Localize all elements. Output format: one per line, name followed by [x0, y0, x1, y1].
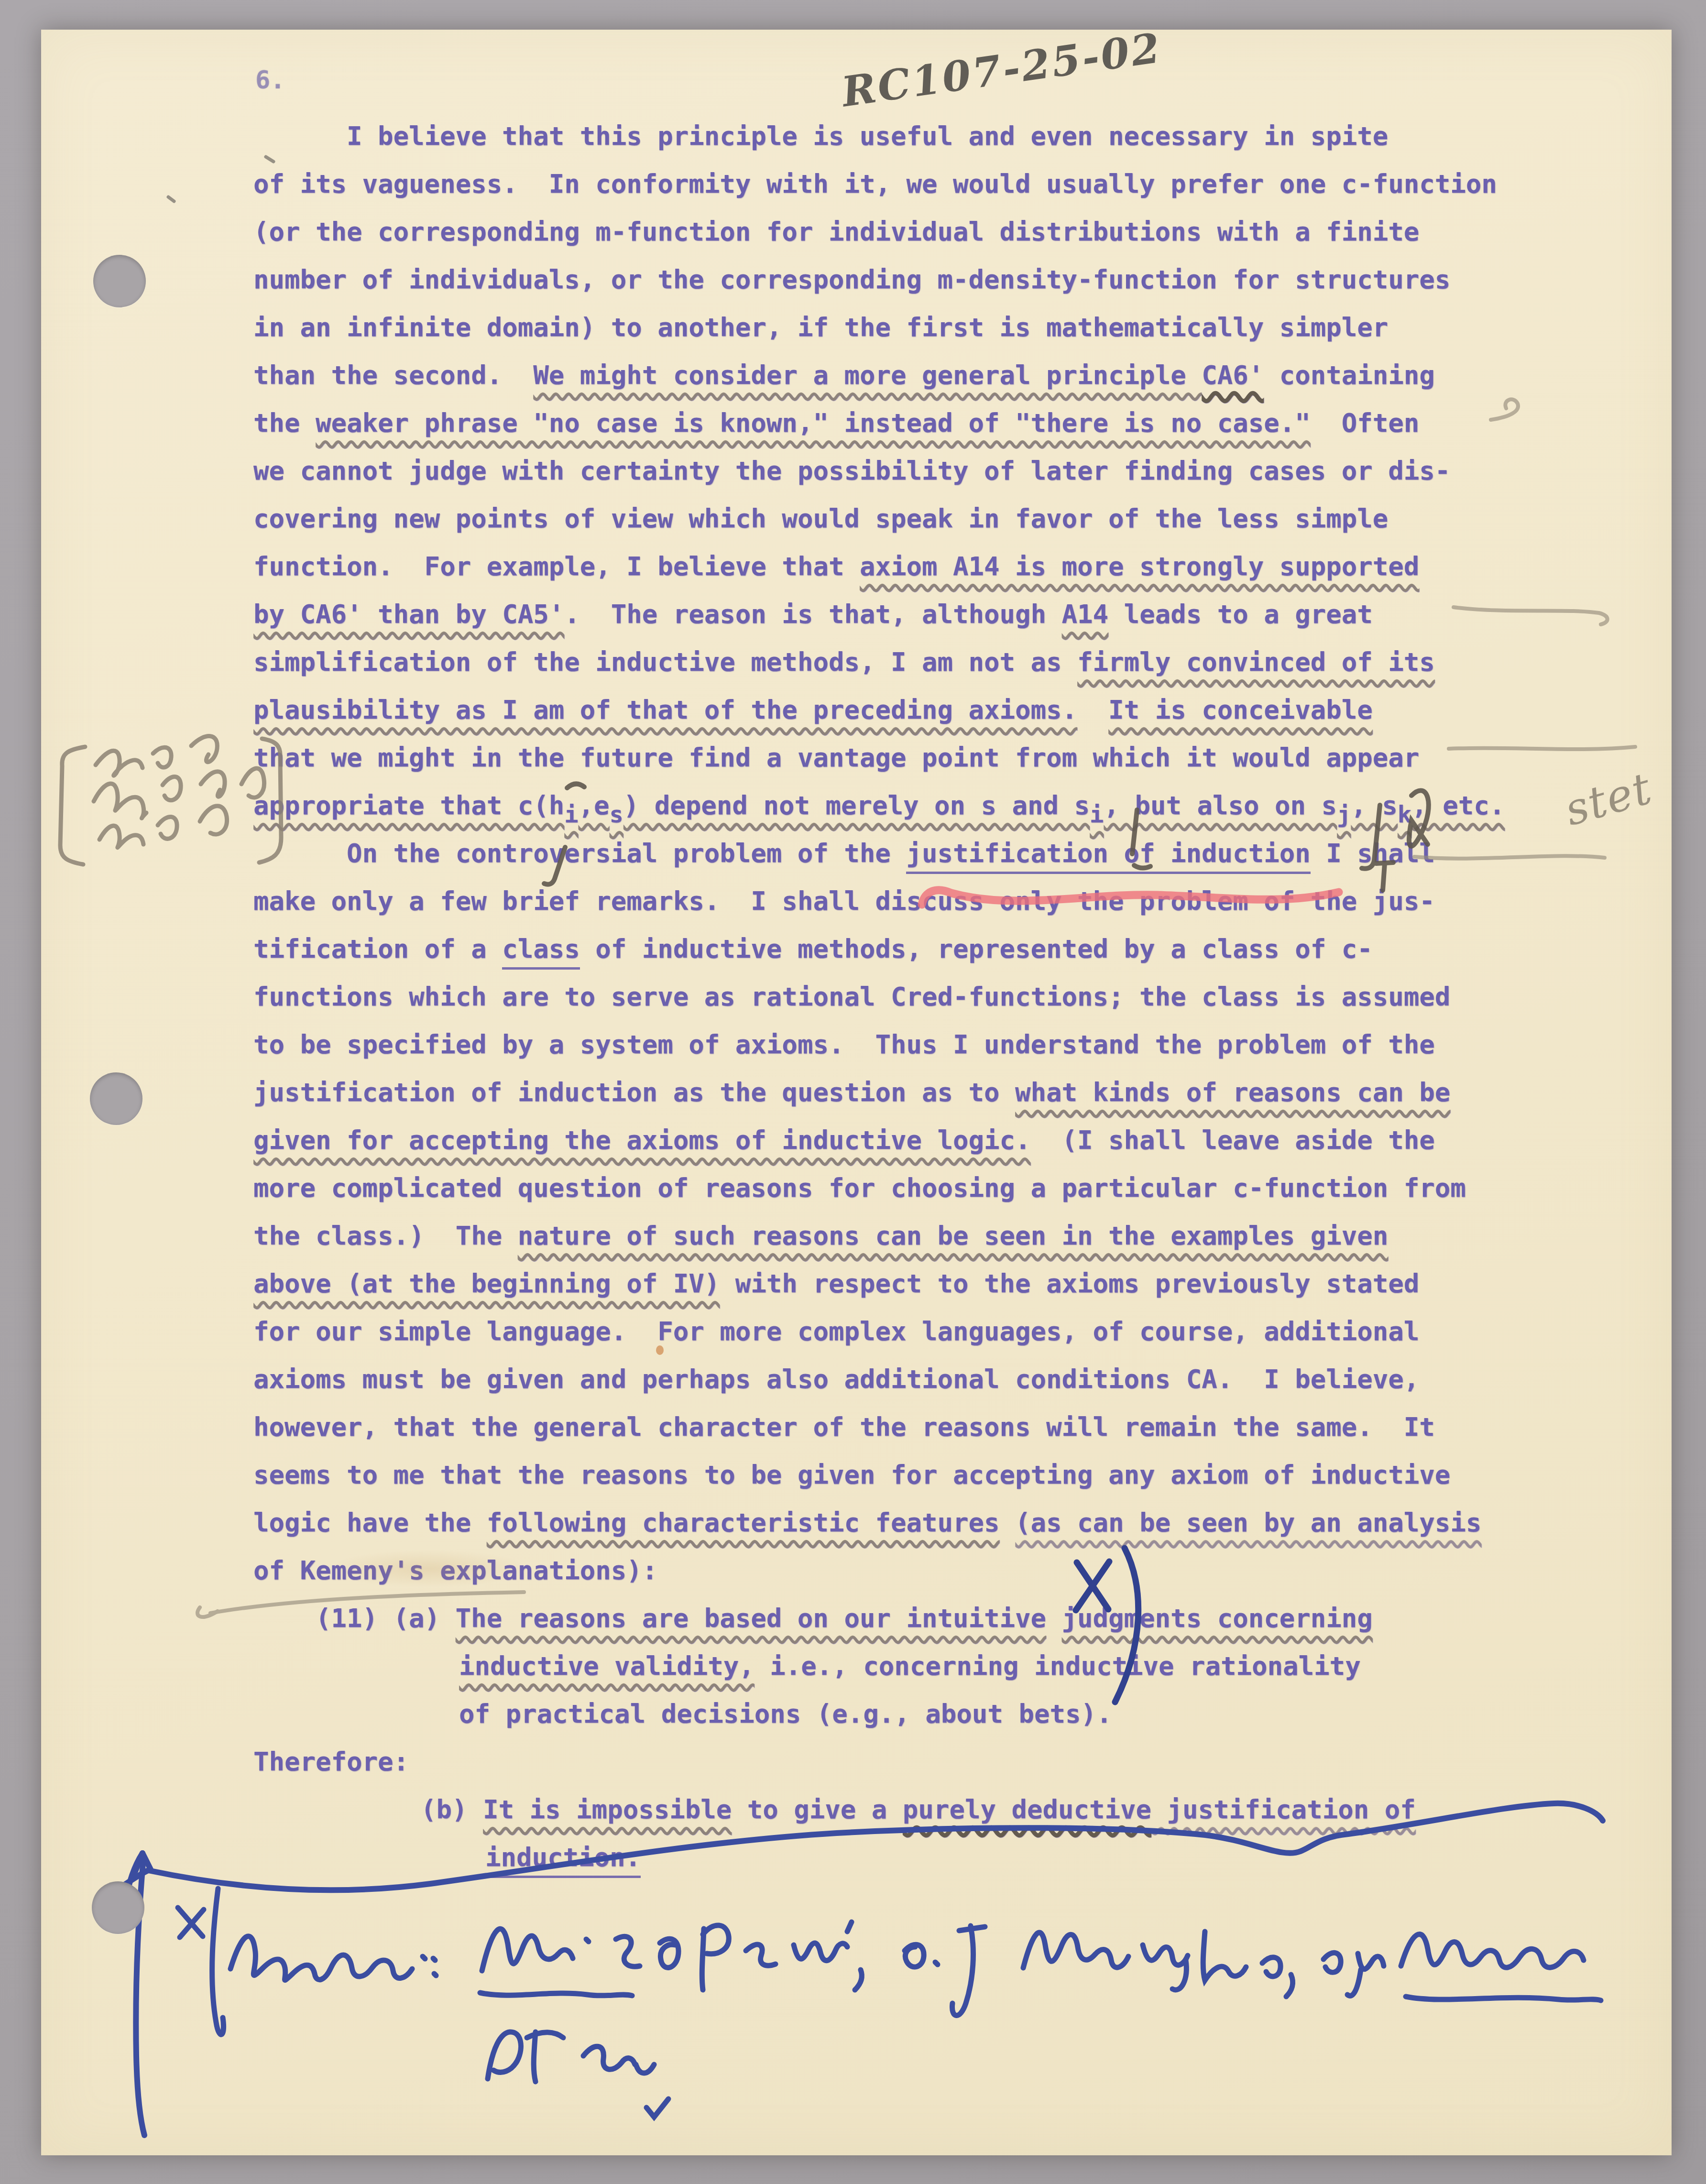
- typed-text-segment: , etc.: [1411, 790, 1505, 820]
- typed-text-segment: I believe that this principle is useful …: [347, 121, 1388, 151]
- typed-text-segment: axioms must be given and perhaps also ad…: [253, 1364, 1419, 1394]
- typed-line: simplification of the inductive methods,…: [253, 645, 1435, 679]
- typed-text-segment: logic have the: [253, 1507, 487, 1538]
- typed-text-segment: make only a few brief remarks. I shall d…: [253, 886, 1435, 916]
- typed-text-segment: leads to a great: [1108, 599, 1373, 629]
- typed-line: logic have the following characteristic …: [253, 1506, 1481, 1540]
- typed-text-segment: judgments concerning: [1062, 1603, 1373, 1633]
- typed-line: for our simple language. For more comple…: [253, 1315, 1419, 1348]
- typed-line: I believe that this principle is useful …: [347, 120, 1388, 153]
- typed-text-segment: It is impossible: [483, 1794, 732, 1824]
- typed-text-segment: of practical decisions (e.g., about bets…: [459, 1699, 1112, 1729]
- typed-line: by CA6' than by CA5'. The reason is that…: [253, 598, 1373, 631]
- typed-text-segment: k: [1398, 801, 1411, 828]
- typed-text-segment: what kinds of reasons can be: [1015, 1077, 1450, 1107]
- typed-line: (11) (a) The reasons are based on our in…: [316, 1602, 1373, 1635]
- typed-text-segment: j: [1337, 801, 1351, 828]
- typed-text-segment: CA6': [1202, 360, 1264, 390]
- typed-text-segment: above (at the beginning of IV): [253, 1268, 720, 1299]
- typed-text-segment: inductive validity,: [459, 1651, 755, 1681]
- typed-line: the class.) The nature of such reasons c…: [253, 1219, 1388, 1253]
- typed-line: axioms must be given and perhaps also ad…: [253, 1363, 1419, 1396]
- typed-line: more complicated question of reasons for…: [253, 1171, 1466, 1205]
- typed-text-segment: ,e: [578, 790, 609, 820]
- typed-line: of practical decisions (e.g., about bets…: [459, 1697, 1112, 1731]
- typed-line: covering new points of view which would …: [253, 502, 1388, 535]
- typed-line: that we might in the future find a vanta…: [253, 741, 1419, 775]
- typed-line: On the controversial problem of the just…: [347, 837, 1435, 870]
- typed-text-segment: Therefore:: [253, 1747, 409, 1777]
- typed-text-segment: , but also on s: [1104, 790, 1337, 820]
- typed-text-segment: that we might in the future find a vanta…: [253, 743, 1419, 773]
- typed-text-segment: of Kemeny's explanations):: [253, 1555, 657, 1585]
- typed-text-segment: induction.: [485, 1842, 641, 1878]
- typed-text-segment: with respect to the axioms previously st…: [720, 1268, 1419, 1299]
- typed-line: to be specified by a system of axioms. T…: [253, 1028, 1435, 1061]
- typed-text-segment: (11) (a): [316, 1603, 456, 1633]
- typed-text-segment: plausibility as I am of that of the prec…: [253, 695, 1077, 725]
- typed-line: the weaker phrase "no case is known," in…: [253, 406, 1419, 440]
- typed-text-segment: i: [564, 801, 578, 828]
- typed-line: (b) It is impossible to give a purely de…: [421, 1793, 1416, 1826]
- typed-text-segment: [1077, 695, 1108, 725]
- typed-text-segment: justification of: [1151, 1794, 1416, 1824]
- typed-line: than the second. We might consider a mor…: [253, 359, 1435, 392]
- typed-text-segment: than the second.: [253, 360, 533, 390]
- typed-text-segment: we cannot judge with certainty the possi…: [253, 456, 1450, 486]
- typed-line: we cannot judge with certainty the possi…: [253, 454, 1450, 488]
- typed-text-segment: containing: [1264, 360, 1435, 390]
- typed-line: inductive validity, i.e., concerning ind…: [459, 1649, 1361, 1683]
- typed-text-segment: following characteristic features: [487, 1507, 1000, 1538]
- typed-text-segment: by CA6' than by CA5': [253, 599, 564, 629]
- typed-text-segment: It is conceivable: [1108, 695, 1373, 725]
- typed-text-segment: in an infinite domain) to another, if th…: [253, 312, 1388, 342]
- typed-text-segment: nature of such reasons can be seen in th…: [518, 1221, 1389, 1251]
- typed-line: make only a few brief remarks. I shall d…: [253, 885, 1435, 918]
- typed-line: (or the corresponding m-function for ind…: [253, 215, 1419, 249]
- punch-hole-bottom: [92, 1881, 144, 1934]
- typed-text-segment: seems to me that the reasons to be given…: [253, 1460, 1450, 1490]
- punch-hole-middle: [90, 1072, 142, 1125]
- typed-text-segment: tification of a: [253, 934, 502, 964]
- typed-line: seems to me that the reasons to be given…: [253, 1458, 1450, 1492]
- typed-text-segment: to be specified by a system of axioms. T…: [253, 1029, 1435, 1059]
- typed-text-segment: however, that the general character of t…: [253, 1412, 1435, 1442]
- typed-text-segment: On the controversial problem of the: [347, 838, 906, 868]
- typed-text-segment: (or the corresponding m-function for ind…: [253, 217, 1419, 247]
- typed-line: justification of induction as the questi…: [253, 1076, 1450, 1109]
- typed-text-segment: The reasons are based on our intuitive: [456, 1603, 1046, 1633]
- typed-text-segment: more complicated question of reasons for…: [253, 1173, 1466, 1203]
- typed-line: above (at the beginning of IV) with resp…: [253, 1267, 1419, 1300]
- typed-line: of its vagueness. In conformity with it,…: [253, 167, 1497, 201]
- typed-line: however, that the general character of t…: [253, 1410, 1435, 1444]
- typed-text-segment: justification of induction as the questi…: [253, 1077, 1015, 1107]
- typed-text-segment: functions which are to serve as rational…: [253, 982, 1450, 1012]
- typed-text-segment: ) depend not merely on s and s: [623, 790, 1090, 820]
- typed-text-segment: given for accepting the axioms of induct…: [253, 1125, 1031, 1155]
- typed-text-segment: I shall: [1311, 838, 1435, 868]
- typed-text-segment: of its vagueness. In conformity with it,…: [253, 169, 1497, 199]
- typed-text-segment: number of individuals, or the correspond…: [253, 264, 1450, 295]
- typed-line: in an infinite domain) to another, if th…: [253, 311, 1388, 344]
- typed-text-segment: class: [502, 934, 580, 970]
- typed-line: Therefore:: [253, 1745, 409, 1779]
- typed-line: functions which are to serve as rational…: [253, 980, 1450, 1014]
- typed-text-segment: to give a: [732, 1794, 903, 1824]
- typed-text-segment: function. For example, I believe that: [253, 551, 860, 581]
- typed-text-segment: Often: [1311, 408, 1420, 438]
- typed-text-segment: (as can be seen by an analysis: [1015, 1507, 1481, 1538]
- typed-text-segment: We might consider a more general princip…: [533, 360, 1202, 390]
- typed-text-segment: (I shall leave aside the: [1031, 1125, 1435, 1155]
- punch-hole-top: [93, 255, 146, 307]
- typed-line: plausibility as I am of that of the prec…: [253, 693, 1373, 727]
- typed-text-segment: i: [1090, 801, 1104, 828]
- typed-line: function. For example, I believe that ax…: [253, 550, 1419, 583]
- typed-text-segment: i.e., concerning inductive rationality: [755, 1651, 1361, 1681]
- typed-text-segment: s: [610, 801, 623, 828]
- typed-text-segment: justification of induction: [906, 838, 1310, 874]
- document-page: 6. I believe that this principle is usef…: [41, 30, 1672, 2155]
- typed-text-segment: [1000, 1507, 1016, 1538]
- typed-line: tification of a class of inductive metho…: [253, 932, 1373, 966]
- typed-text-segment: the class.) The: [253, 1221, 518, 1251]
- typed-text-segment: A14: [1062, 599, 1109, 629]
- typed-text-segment: axiom A14 is more strongly supported: [860, 551, 1419, 581]
- typed-text-segment: weaker phrase "no case is known," instea…: [316, 408, 1311, 438]
- typed-text-segment: . The reason is that, although: [564, 599, 1061, 629]
- page-number: 6.: [255, 66, 285, 95]
- typed-text-segment: of inductive methods, represented by a c…: [580, 934, 1373, 964]
- typed-text-segment: covering new points of view which would …: [253, 503, 1388, 534]
- typed-text-segment: firmly convinced of its: [1077, 647, 1435, 677]
- typed-text-segment: purely deductive: [903, 1794, 1151, 1824]
- typed-text-segment: simplification of the inductive methods,…: [253, 647, 1077, 677]
- typed-text-segment: for our simple language. For more comple…: [253, 1316, 1419, 1346]
- typed-text-segment: (b): [421, 1794, 483, 1824]
- scan-background: 6. I believe that this principle is usef…: [0, 0, 1706, 2184]
- typed-text-segment: appropriate that c(h: [253, 790, 564, 820]
- typed-line: number of individuals, or the correspond…: [253, 263, 1450, 296]
- typed-text-segment: the: [253, 408, 316, 438]
- typed-text-segment: [1046, 1603, 1062, 1633]
- typed-line: given for accepting the axioms of induct…: [253, 1124, 1435, 1157]
- typed-line: induction.: [485, 1841, 641, 1874]
- typed-line: appropriate that c(hi,es) depend not mer…: [253, 789, 1505, 823]
- typed-text-segment: , s: [1351, 790, 1398, 820]
- typed-line: of Kemeny's explanations):: [253, 1554, 657, 1587]
